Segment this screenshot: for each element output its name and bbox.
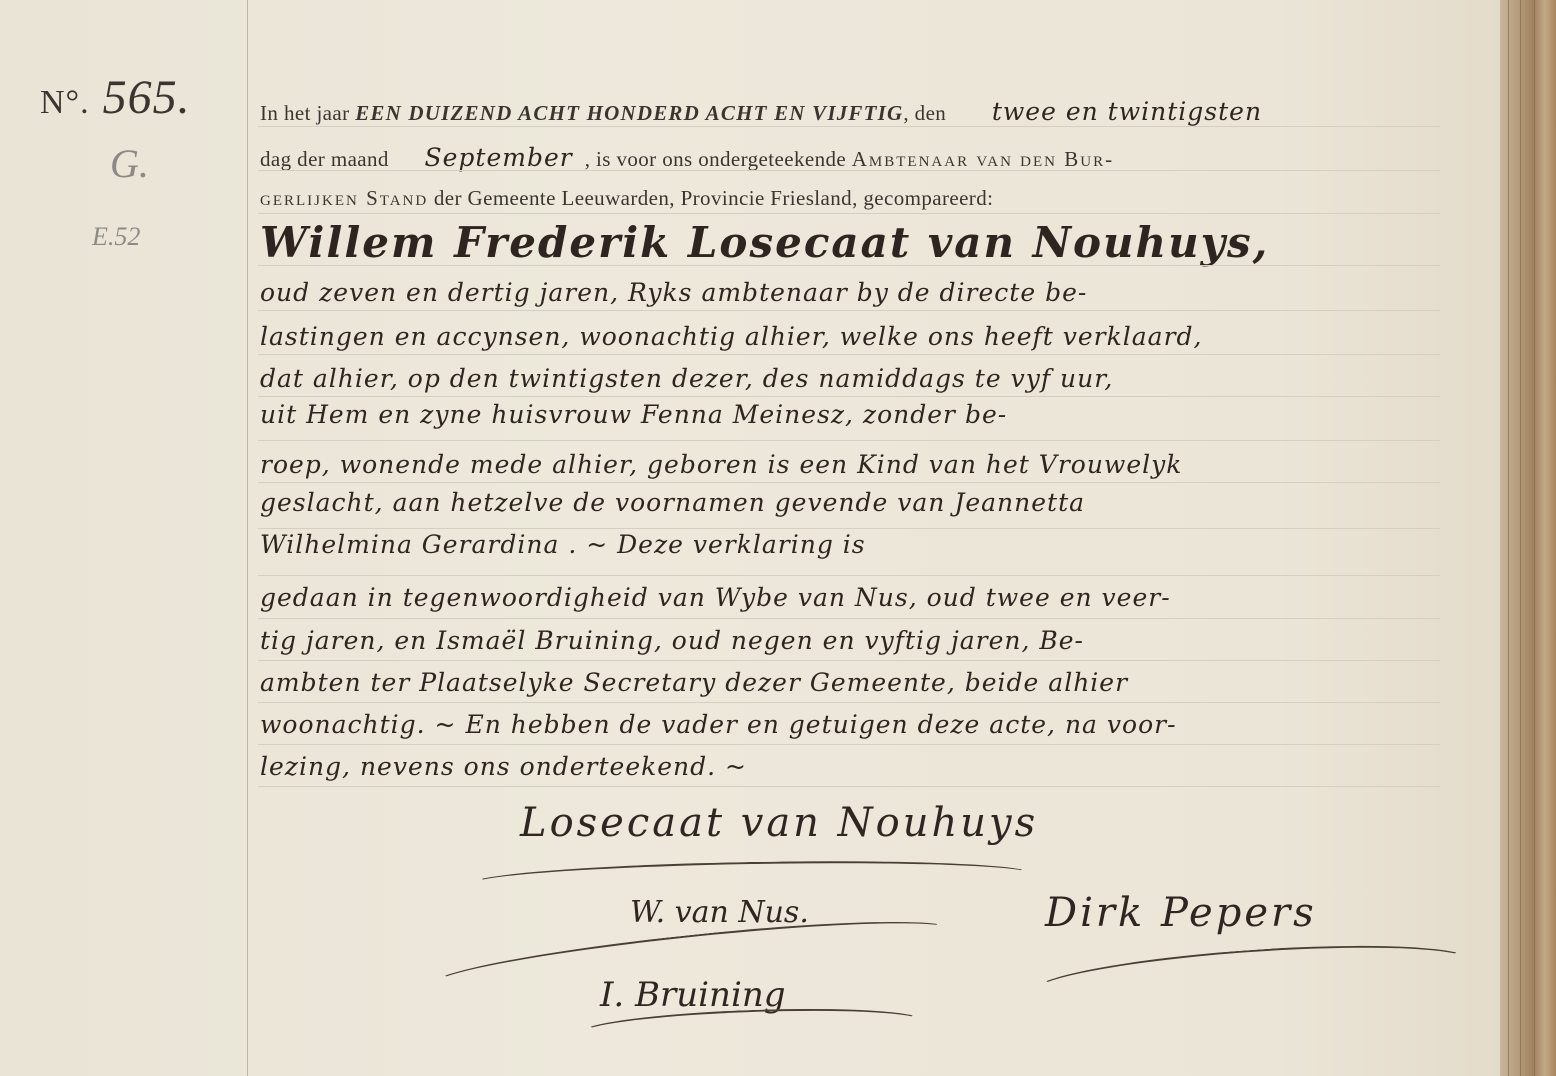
printed-line-1: In het jaar EEN DUIZEND ACHT HONDERD ACH… bbox=[260, 97, 1430, 126]
printed-line-3: gerlijken Stand der Gemeente Leeuwarden,… bbox=[260, 186, 1430, 211]
signature-official: Dirk Pepers bbox=[1045, 890, 1317, 936]
declarant-name: Willem Frederik Losecaat van Nouhuys, bbox=[260, 218, 1430, 267]
text: Ambtenaar van den Bur- bbox=[852, 147, 1114, 171]
child-name-line: Wilhelmina Gerardina . ~ Deze verklaring… bbox=[260, 530, 1430, 559]
ruled-line bbox=[258, 528, 1440, 529]
handwritten-line: woonachtig. ~ En hebben de vader en getu… bbox=[260, 710, 1430, 739]
handwritten-line: gedaan in tegenwoordigheid van Wybe van … bbox=[260, 583, 1430, 612]
signature-witness-1: W. van Nus. bbox=[630, 895, 809, 930]
year-text: EEN DUIZEND ACHT HONDERD ACHT EN VIJFTIG bbox=[355, 101, 903, 125]
margin-rule bbox=[247, 0, 248, 1076]
ruled-line bbox=[258, 618, 1440, 619]
signature-flourish bbox=[1029, 935, 1476, 1020]
text: In het jaar bbox=[260, 101, 350, 125]
text: , den bbox=[903, 101, 946, 125]
ruled-line bbox=[258, 702, 1440, 703]
margin-letter: G. bbox=[110, 140, 149, 187]
signature-father: Losecaat van Nouhuys bbox=[520, 800, 1038, 846]
text: gerlijken Stand bbox=[260, 186, 428, 210]
text: dag der maand bbox=[260, 147, 389, 171]
ruled-line bbox=[258, 482, 1440, 483]
ruled-line bbox=[258, 213, 1440, 214]
page-edge-line bbox=[1534, 0, 1535, 1076]
number-label: N°. bbox=[40, 84, 90, 121]
record-number: N°. 565. bbox=[40, 70, 191, 125]
handwritten-line-mother: uit Hem en zyne huisvrouw Fenna Meinesz,… bbox=[260, 400, 1430, 429]
handwritten-line: tig jaren, en Ismaël Bruining, oud negen… bbox=[260, 626, 1430, 655]
handwritten-month: September bbox=[424, 143, 572, 172]
ruled-line bbox=[258, 396, 1440, 397]
number-value: 565. bbox=[103, 71, 191, 124]
register-page: N°. 565. G. E.52 In het jaar EEN DUIZEND… bbox=[0, 0, 1500, 1076]
ruled-line bbox=[258, 310, 1440, 311]
text: der Gemeente Leeuwarden, Provincie Fries… bbox=[434, 186, 993, 210]
handwritten-line: geslacht, aan hetzelve de voornamen geve… bbox=[260, 488, 1430, 517]
handwritten-line: roep, wonende mede alhier, geboren is ee… bbox=[260, 450, 1430, 479]
ruled-line bbox=[258, 170, 1440, 171]
handwritten-line: oud zeven en dertig jaren, Ryks ambtenaa… bbox=[260, 278, 1430, 307]
ruled-line bbox=[258, 744, 1440, 745]
printed-line-2: dag der maand September, is voor ons ond… bbox=[260, 143, 1430, 172]
margin-reference: E.52 bbox=[92, 222, 140, 252]
page-edge-line bbox=[1508, 0, 1509, 1076]
ruled-line bbox=[258, 575, 1440, 576]
ruled-line bbox=[258, 126, 1440, 127]
ruled-line bbox=[258, 265, 1440, 266]
handwritten-day: twee en twintigsten bbox=[992, 97, 1262, 126]
book-spine-edge bbox=[1500, 0, 1556, 1076]
handwritten-line: dat alhier, op den twintigsten dezer, de… bbox=[260, 364, 1430, 393]
ruled-line bbox=[258, 440, 1440, 441]
text: , is voor ons ondergeteekende bbox=[585, 147, 846, 171]
handwritten-line: ambten ter Plaatselyke Secretary dezer G… bbox=[260, 668, 1430, 697]
handwritten-line: lezing, nevens ons onderteekend. ~ bbox=[260, 752, 1430, 781]
ruled-line bbox=[258, 660, 1440, 661]
page-edge-line bbox=[1520, 0, 1521, 1076]
ruled-line bbox=[258, 786, 1440, 787]
ruled-line bbox=[258, 354, 1440, 355]
handwritten-line: lastingen en accynsen, woonachtig alhier… bbox=[260, 322, 1430, 351]
